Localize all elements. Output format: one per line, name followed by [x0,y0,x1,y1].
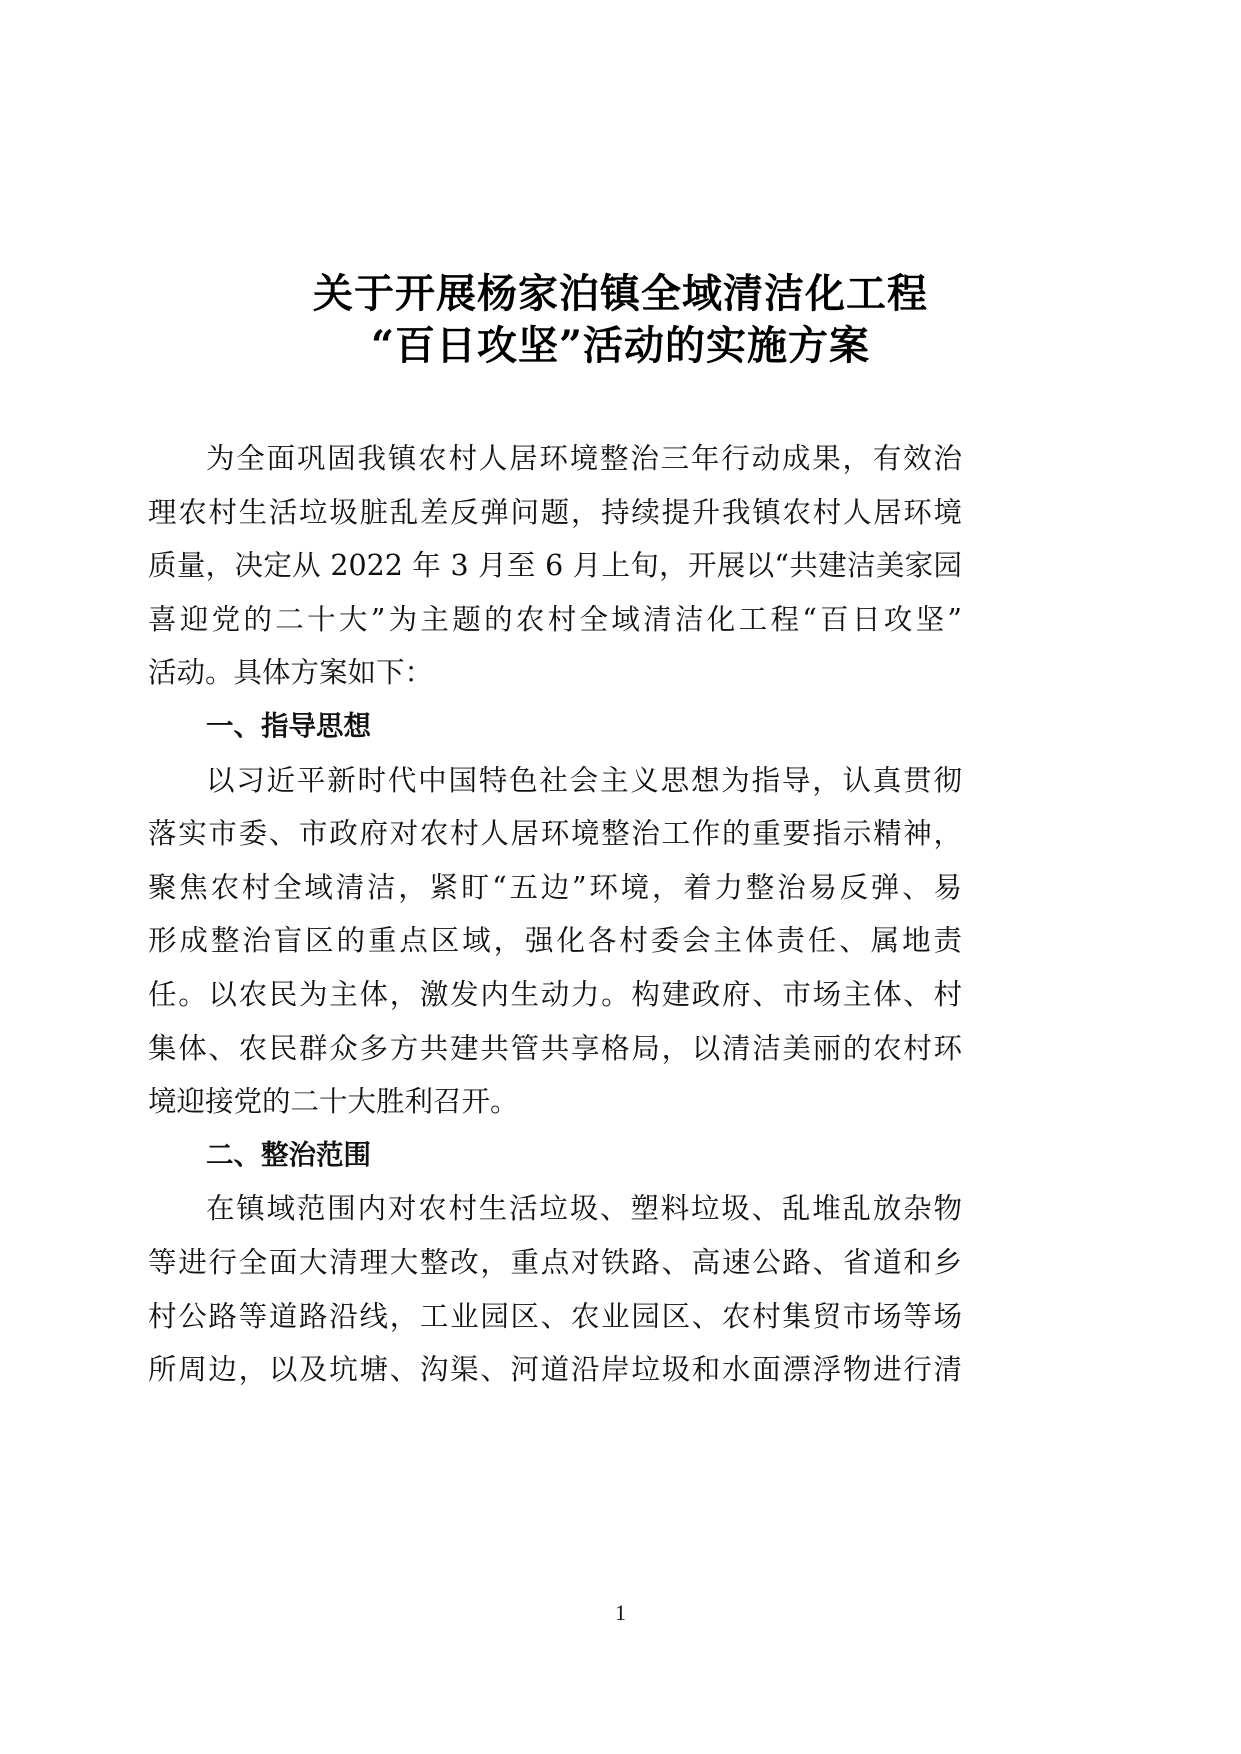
section-2-paragraph-line: 村公路等道路沿线，工业园区、农业园区、农村集贸市场等场 [148,1290,962,1344]
intro-paragraph-line: 喜迎党的二十大”为主题的农村全域清洁化工程“百日攻坚” [148,593,962,647]
document-page: 关于开展杨家泊镇全域清洁化工程 “百日攻坚”活动的实施方案 为全面巩固我镇农村人… [0,0,1241,1754]
document-body: 为全面巩固我镇农村人居环境整治三年行动成果，有效治 理农村生活垃圾脏乱差反弹问题… [148,432,962,1397]
section-1-paragraph-line: 聚焦农村全域清洁，紧盯“五边”环境，着力整治易反弹、易 [148,861,962,915]
section-1-paragraph-line: 境迎接党的二十大胜利召开。 [148,1075,962,1129]
section-1-paragraph-line: 任。以农民为主体，激发内生动力。构建政府、市场主体、村 [148,968,962,1022]
intro-paragraph-line: 活动。具体方案如下： [148,646,962,700]
section-1-paragraph-line: 集体、农民群众多方共建共管共享格局，以清洁美丽的农村环 [148,1022,962,1076]
section-2-paragraph-line: 等进行全面大清理大整改，重点对铁路、高速公路、省道和乡 [148,1236,962,1290]
section-heading-guiding-ideology: 一、指导思想 [148,700,962,754]
document-title-line-1: 关于开展杨家泊镇全域清洁化工程 [0,262,1241,319]
page-number: 1 [0,1600,1241,1626]
section-2-paragraph-line: 在镇域范围内对农村生活垃圾、塑料垃圾、乱堆乱放杂物 [148,1182,962,1236]
section-1-paragraph-line: 以习近平新时代中国特色社会主义思想为指导，认真贯彻 [148,754,962,808]
intro-paragraph-line: 为全面巩固我镇农村人居环境整治三年行动成果，有效治 [148,432,962,486]
intro-paragraph-line: 理农村生活垃圾脏乱差反弹问题，持续提升我镇农村人居环境 [148,486,962,540]
document-title-line-2: “百日攻坚”活动的实施方案 [0,314,1241,371]
section-2-paragraph-line: 所周边，以及坑塘、沟渠、河道沿岸垃圾和水面漂浮物进行清 [148,1343,962,1397]
intro-paragraph-line: 质量，决定从 2022 年 3 月至 6 月上旬，开展以“共建洁美家园 [148,539,962,593]
section-heading-scope: 二、整治范围 [148,1129,962,1183]
section-1-paragraph-line: 落实市委、市政府对农村人居环境整治工作的重要指示精神， [148,807,962,861]
section-1-paragraph-line: 形成整治盲区的重点区域，强化各村委会主体责任、属地责 [148,914,962,968]
